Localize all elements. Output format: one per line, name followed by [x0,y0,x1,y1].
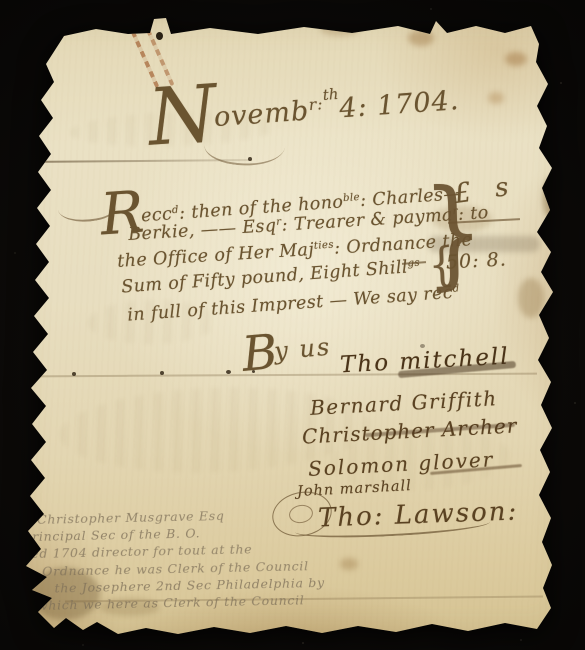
fox-stain [340,558,358,570]
date-line: Novembr:th4: 1704. [145,51,462,163]
fold-dot [226,370,231,374]
edge-stain [543,178,557,218]
fox-stain [408,30,434,46]
fox-stain [488,92,504,104]
pencil-annotation: Christopher Musgrave Esq principal Sec o… [23,505,325,614]
fox-stain [320,22,360,36]
fox-stain [518,278,544,318]
fox-stain [505,52,527,66]
manuscript-paper: Novembr:th4: 1704. Reccd: then of the ho… [0,0,585,650]
by-us-text: By us [240,319,334,383]
amount-value: 50: 8. [445,248,507,273]
shilling-symbol: s [493,172,509,203]
wormhole [156,32,163,40]
fold-dot [160,371,164,375]
fold-dot [72,372,76,376]
paper-wrapper: Novembr:th4: 1704. Reccd: then of the ho… [0,0,585,650]
photo-stage: Novembr:th4: 1704. Reccd: then of the ho… [0,0,585,650]
